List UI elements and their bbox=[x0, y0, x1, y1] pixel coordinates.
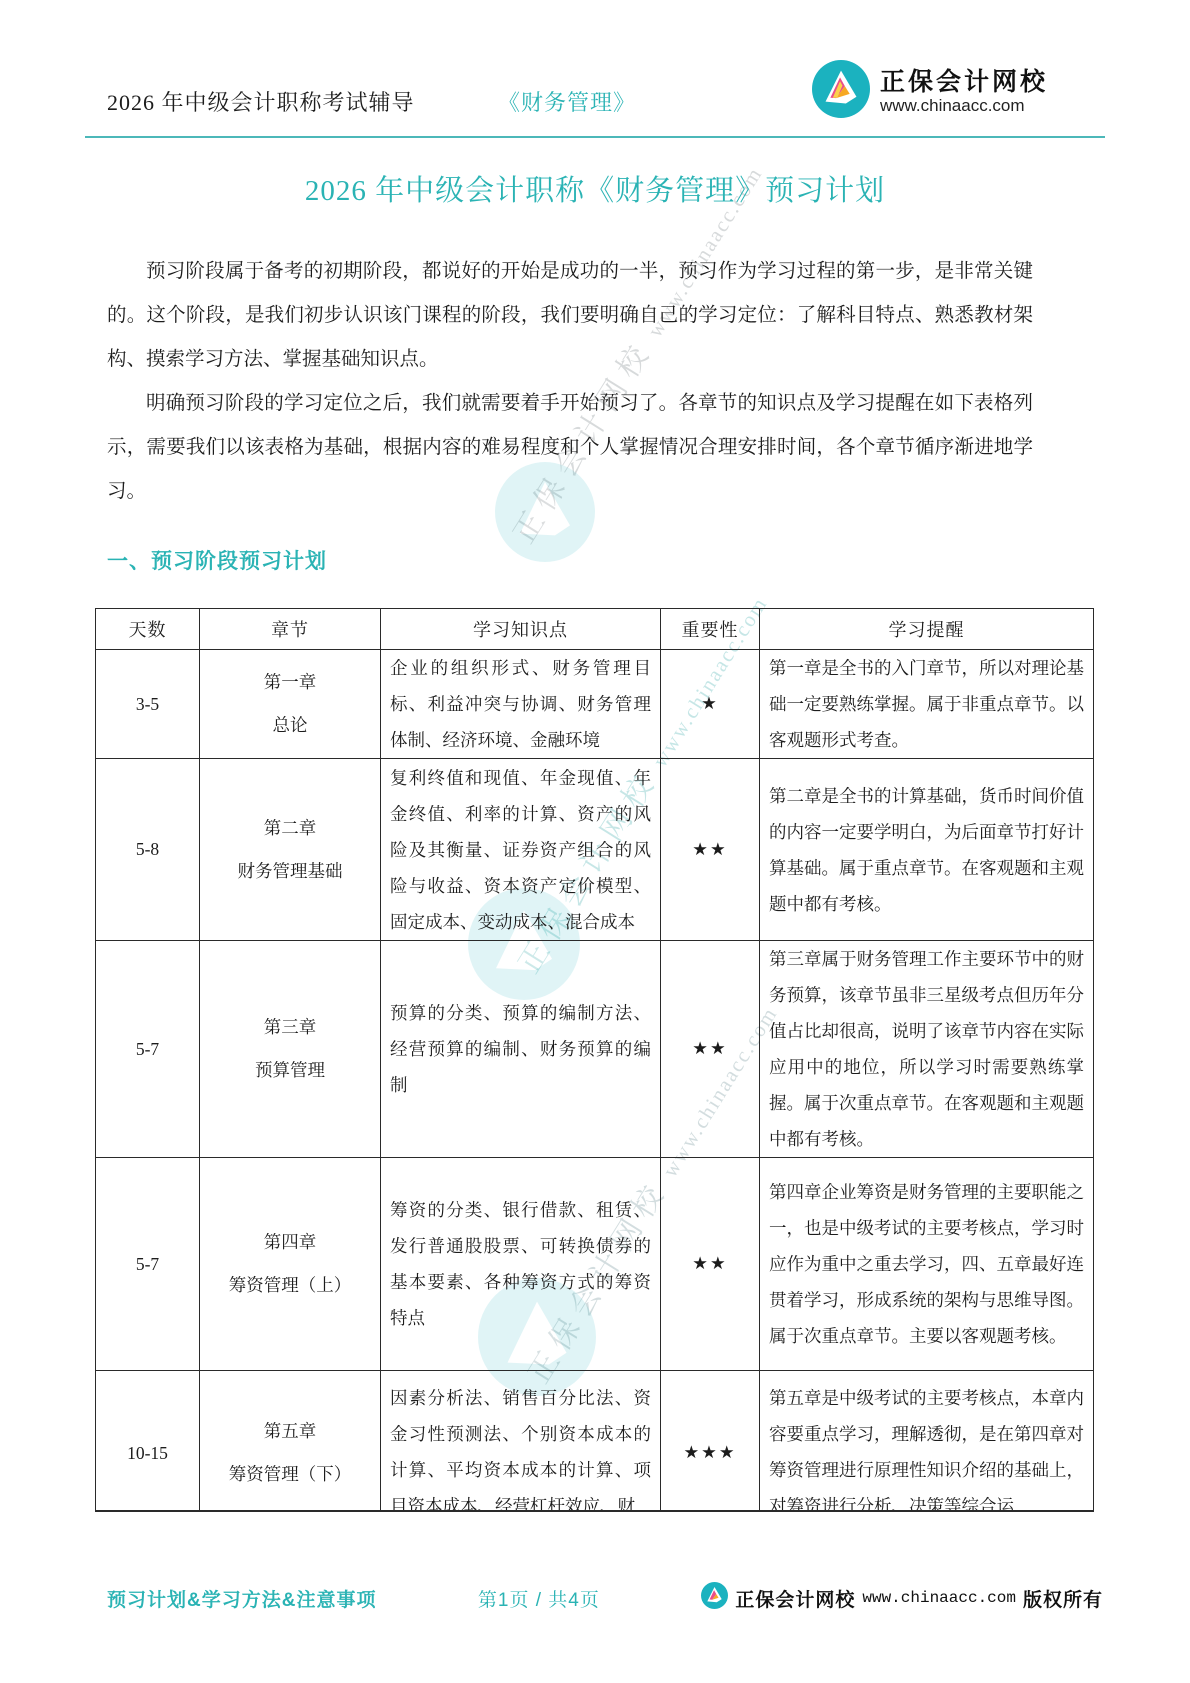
cell-knowledge: 企业的组织形式、财务管理目标、利益冲突与协调、财务管理体制、经济环境、金融环境 bbox=[381, 650, 661, 759]
cell-chapter: 第五章 筹资管理（下） bbox=[200, 1371, 381, 1513]
cell-chapter: 第一章 总论 bbox=[200, 650, 381, 759]
cell-reminder: 第四章企业筹资是财务管理的主要职能之一，也是中级考试的主要考核点，学习时应作为重… bbox=[760, 1158, 1094, 1371]
intro-paragraph-2: 明确预习阶段的学习定位之后，我们就需要着手开始预习了。各章节的知识点及学习提醒在… bbox=[107, 382, 1033, 514]
footer-copyright: 版权所有 bbox=[1023, 1585, 1103, 1612]
cell-reminder: 第一章是全书的入门章节，所以对理论基础一定要熟练掌握。属于非重点章节。以客观题形… bbox=[760, 650, 1094, 759]
cell-reminder: 第三章属于财务管理工作主要环节中的财务预算，该章节虽非三星级考点但历年分值占比却… bbox=[760, 941, 1094, 1158]
intro-paragraph-1: 预习阶段属于备考的初期阶段，都说好的开始是成功的一半，预习作为学习过程的第一步，… bbox=[107, 250, 1033, 382]
table-row: 3-5 第一章 总论 企业的组织形式、财务管理目标、利益冲突与协调、财务管理体制… bbox=[96, 650, 1094, 759]
cell-days: 5-7 bbox=[96, 941, 200, 1158]
header-divider bbox=[85, 136, 1105, 138]
header-subject-title: 《财务管理》 bbox=[498, 86, 636, 117]
footer-brand: 正保会计网校 www.chinaacc.com 版权所有 bbox=[701, 1582, 1103, 1614]
cell-knowledge: 筹资的分类、银行借款、租赁、发行普通股股票、可转换债券的基本要素、各种筹资方式的… bbox=[381, 1158, 661, 1371]
footer-brand-name: 正保会计网校 bbox=[735, 1585, 855, 1612]
cell-days: 5-8 bbox=[96, 759, 200, 941]
table-row: 5-8 第二章 财务管理基础 复利终值和现值、年金现值、年金终值、利率的计算、资… bbox=[96, 759, 1094, 941]
cell-chapter: 第三章 预算管理 bbox=[200, 941, 381, 1158]
cell-importance: ★★★ bbox=[661, 1371, 760, 1513]
cell-knowledge: 复利终值和现值、年金现值、年金终值、利率的计算、资产的风险及其衡量、证券资产组合… bbox=[381, 759, 661, 941]
brand-name-text: 正保会计网校 bbox=[880, 68, 1048, 96]
cell-days: 5-7 bbox=[96, 1158, 200, 1371]
footer-brand-site: www.chinaacc.com bbox=[862, 1589, 1016, 1607]
brand-logo-icon bbox=[812, 60, 870, 123]
cell-reminder: 第二章是全书的计算基础，货币时间价值的内容一定要学明白，为后面章节打好计算基础。… bbox=[760, 759, 1094, 941]
column-header-importance: 重要性 bbox=[661, 609, 760, 650]
page-footer: 预习计划&学习方法&注意事项 第1页 / 共4页 正保会计网校 www.chin… bbox=[107, 1576, 1103, 1620]
table-header-row: 天数 章节 学习知识点 重要性 学习提醒 bbox=[96, 609, 1094, 650]
column-header-days: 天数 bbox=[96, 609, 200, 650]
footer-doc-scope: 预习计划&学习方法&注意事项 bbox=[107, 1585, 376, 1612]
intro-text: 预习阶段属于备考的初期阶段，都说好的开始是成功的一半，预习作为学习过程的第一步，… bbox=[107, 250, 1033, 514]
page-title: 2026 年中级会计职称《财务管理》预习计划 bbox=[0, 168, 1190, 209]
cell-importance: ★ bbox=[661, 650, 760, 759]
footer-page-number: 第1页 / 共4页 bbox=[478, 1585, 600, 1612]
document-page: 正保会计网校 www.chinaacc.com 正保会计网校 www.china… bbox=[0, 0, 1190, 1683]
cell-chapter: 第四章 筹资管理（上） bbox=[200, 1158, 381, 1371]
cell-knowledge: 因素分析法、销售百分比法、资金习性预测法、个别资本成本的计算、平均资本成本的计算… bbox=[381, 1371, 661, 1513]
brand-site-text: www.chinaacc.com bbox=[880, 96, 1048, 116]
header-course-title: 2026 年中级会计职称考试辅导 bbox=[107, 86, 415, 117]
column-header-chapter: 章节 bbox=[200, 609, 381, 650]
section-heading: 一、预习阶段预习计划 bbox=[107, 545, 327, 575]
cell-importance: ★★ bbox=[661, 759, 760, 941]
preview-plan-table: 天数 章节 学习知识点 重要性 学习提醒 3-5 第一章 总论 企业的组织形式、… bbox=[95, 608, 1094, 1512]
cell-knowledge: 预算的分类、预算的编制方法、经营预算的编制、财务预算的编制 bbox=[381, 941, 661, 1158]
brand-logo-icon bbox=[701, 1582, 728, 1614]
table-row: 10-15 第五章 筹资管理（下） 因素分析法、销售百分比法、资金习性预测法、个… bbox=[96, 1371, 1094, 1513]
column-header-knowledge: 学习知识点 bbox=[381, 609, 661, 650]
cell-days: 10-15 bbox=[96, 1371, 200, 1513]
column-header-reminder: 学习提醒 bbox=[760, 609, 1094, 650]
cell-reminder: 第五章是中级考试的主要考核点，本章内容要重点学习，理解透彻，是在第四章对筹资管理… bbox=[760, 1371, 1094, 1513]
cell-importance: ★★ bbox=[661, 1158, 760, 1371]
table-row: 5-7 第三章 预算管理 预算的分类、预算的编制方法、经营预算的编制、财务预算的… bbox=[96, 941, 1094, 1158]
table-row: 5-7 第四章 筹资管理（上） 筹资的分类、银行借款、租赁、发行普通股股票、可转… bbox=[96, 1158, 1094, 1371]
header-brand-logo: 正保会计网校 www.chinaacc.com bbox=[812, 60, 1048, 123]
cell-chapter: 第二章 财务管理基础 bbox=[200, 759, 381, 941]
plan-table-container: 天数 章节 学习知识点 重要性 学习提醒 3-5 第一章 总论 企业的组织形式、… bbox=[95, 608, 1094, 1512]
cell-importance: ★★ bbox=[661, 941, 760, 1158]
cell-days: 3-5 bbox=[96, 650, 200, 759]
